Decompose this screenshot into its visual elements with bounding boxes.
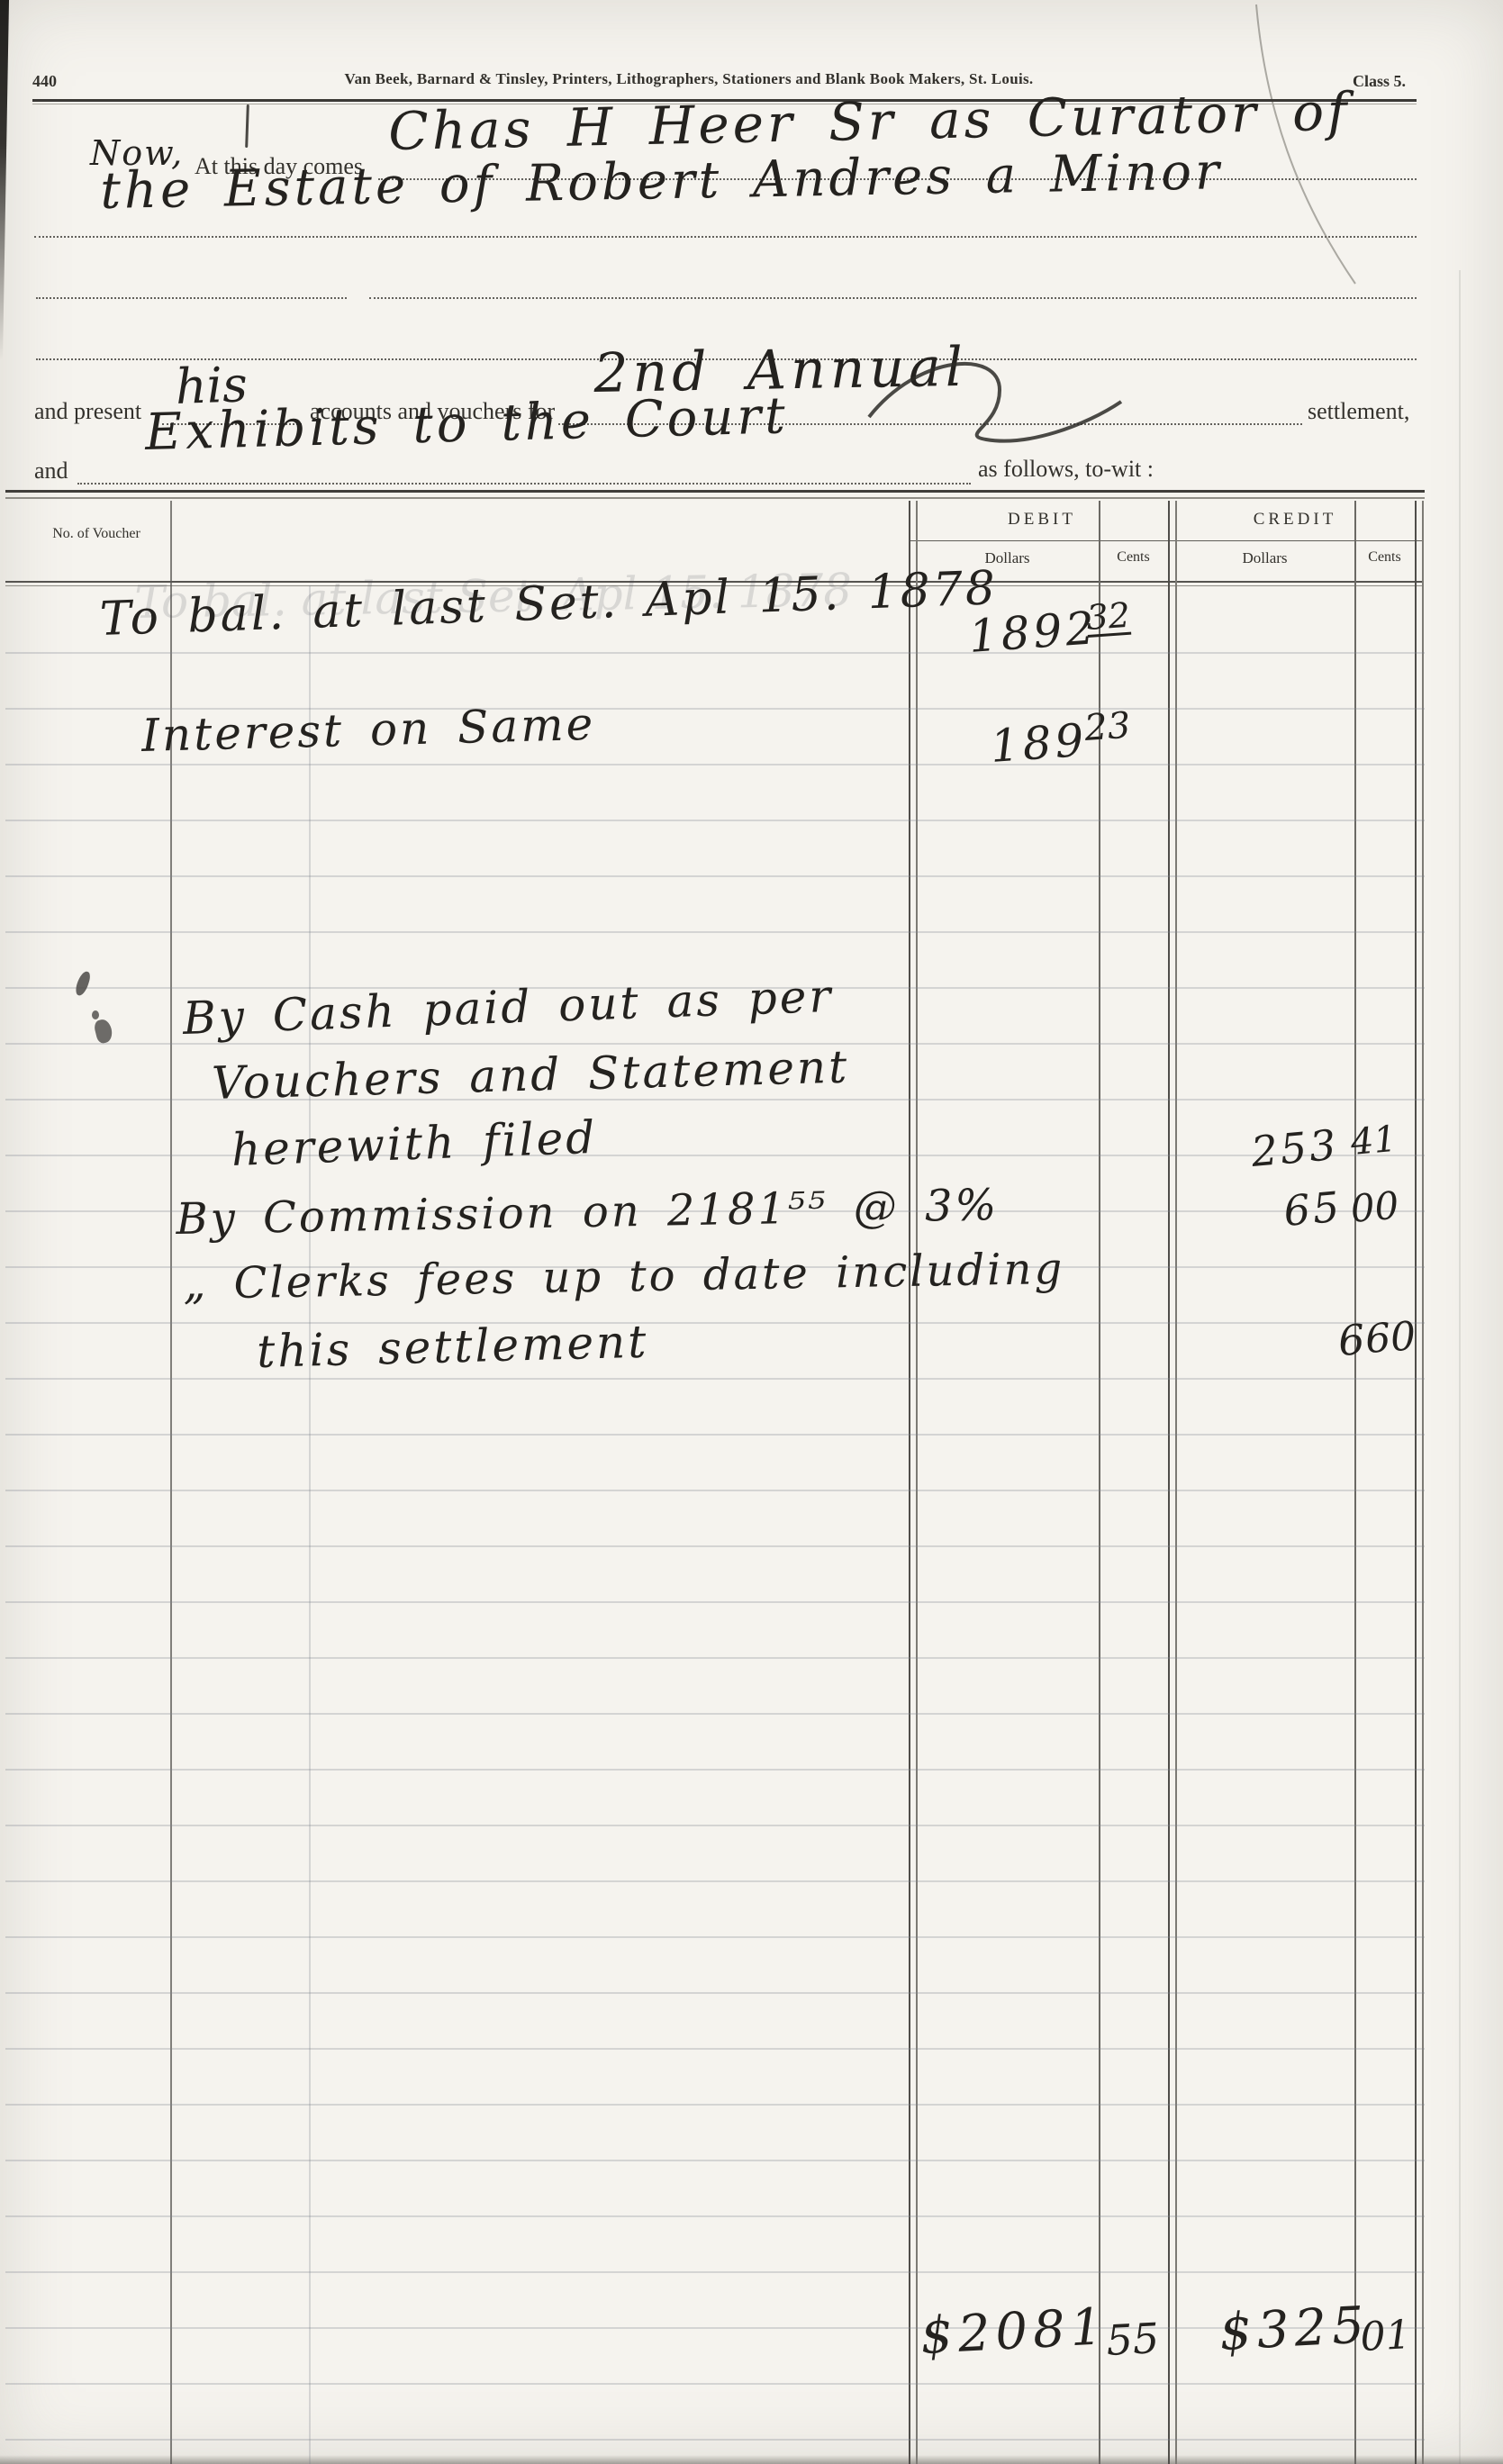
settlement-label: settlement, — [1308, 398, 1409, 425]
debit-total-dollars: $2081 — [919, 2297, 1109, 2366]
debit-section-line-inner — [916, 501, 918, 2464]
credit-cents-header: Cents — [1354, 549, 1415, 566]
and-label: and — [34, 457, 68, 485]
debit-total-cents: 55 — [1105, 2314, 1160, 2365]
ruled-lines — [5, 598, 1425, 2464]
credit-amount-cents: 60 — [1363, 1313, 1417, 1363]
pen-flourish — [865, 349, 1126, 448]
ledger-page: 440 Van Beek, Barnard & Tinsley, Printer… — [0, 0, 1503, 2464]
ink-blot — [74, 970, 92, 997]
entry-description: Interest on Same — [140, 698, 595, 762]
entry-description: herewith filed — [231, 1111, 598, 1176]
debit-amount-dollars: 1892 — [967, 602, 1100, 663]
debit-cents-header: Cents — [1099, 549, 1168, 566]
debit-amount-cents: 23 — [1083, 705, 1132, 749]
entry-description: „ Clerks fees up to date including — [183, 1244, 1065, 1309]
credit-total-dollars: $325 — [1218, 2296, 1372, 2362]
as-follows-label: as follows, to-wit : — [978, 456, 1154, 483]
debit-credit-underline — [910, 540, 1423, 541]
voucher-column-line — [170, 501, 172, 2464]
debit-amount-cents: 32 — [1085, 595, 1131, 638]
credit-amount-dollars: 65 — [1281, 1182, 1344, 1236]
class-label: Class 5. — [1353, 72, 1406, 91]
table-right-line — [1415, 501, 1417, 2464]
debit-header: DEBIT — [916, 510, 1168, 530]
credit-amount-dollars: 6 — [1336, 1315, 1366, 1365]
dotted-underline — [77, 483, 971, 485]
table-top-rule-thin — [5, 497, 1425, 499]
show-through-line — [309, 585, 311, 2464]
credit-amount-cents: 00 — [1349, 1183, 1401, 1231]
credit-dollars-header: Dollars — [1175, 549, 1354, 567]
right-margin-crease — [1459, 270, 1461, 2464]
entry-description: By Commission on 2181⁵⁵ @ 3% — [176, 1180, 1000, 1245]
and-present-label: and present — [34, 398, 141, 425]
entry-description: this settlement — [256, 1316, 649, 1378]
scan-edge-shadow — [0, 0, 9, 360]
table-right-line-outer — [1422, 501, 1424, 2464]
bottom-edge-shadow — [0, 2455, 1503, 2464]
credit-amount-dollars: 253 — [1249, 1120, 1340, 1176]
ink-blot — [93, 1018, 114, 1045]
ink-blot — [92, 1010, 99, 1019]
paper-crease — [1243, 0, 1387, 288]
credit-header: CREDIT — [1175, 510, 1415, 530]
table-top-rule — [5, 490, 1425, 493]
debit-amount-dollars: 189 — [989, 714, 1089, 773]
dotted-underline — [34, 236, 1417, 238]
credit-cents-line — [1354, 501, 1356, 2464]
page-number: 440 — [32, 72, 57, 91]
credit-total-cents: 01 — [1359, 2312, 1412, 2360]
pen-mark — [245, 104, 249, 148]
credit-section-line — [1168, 501, 1170, 2464]
debit-section-line — [909, 501, 910, 2464]
credit-section-line-inner — [1175, 501, 1177, 2464]
dotted-underline — [369, 297, 1417, 299]
credit-amount-cents: 41 — [1349, 1119, 1399, 1164]
voucher-column-header: No. of Voucher — [25, 526, 168, 542]
entry-description: Vouchers and Statement — [211, 1040, 849, 1110]
debit-cents-line — [1099, 501, 1100, 2464]
entry-description: By Cash paid out as per — [182, 970, 834, 1045]
dotted-underline — [36, 297, 347, 299]
printer-imprint: Van Beek, Barnard & Tinsley, Printers, L… — [225, 70, 1153, 88]
